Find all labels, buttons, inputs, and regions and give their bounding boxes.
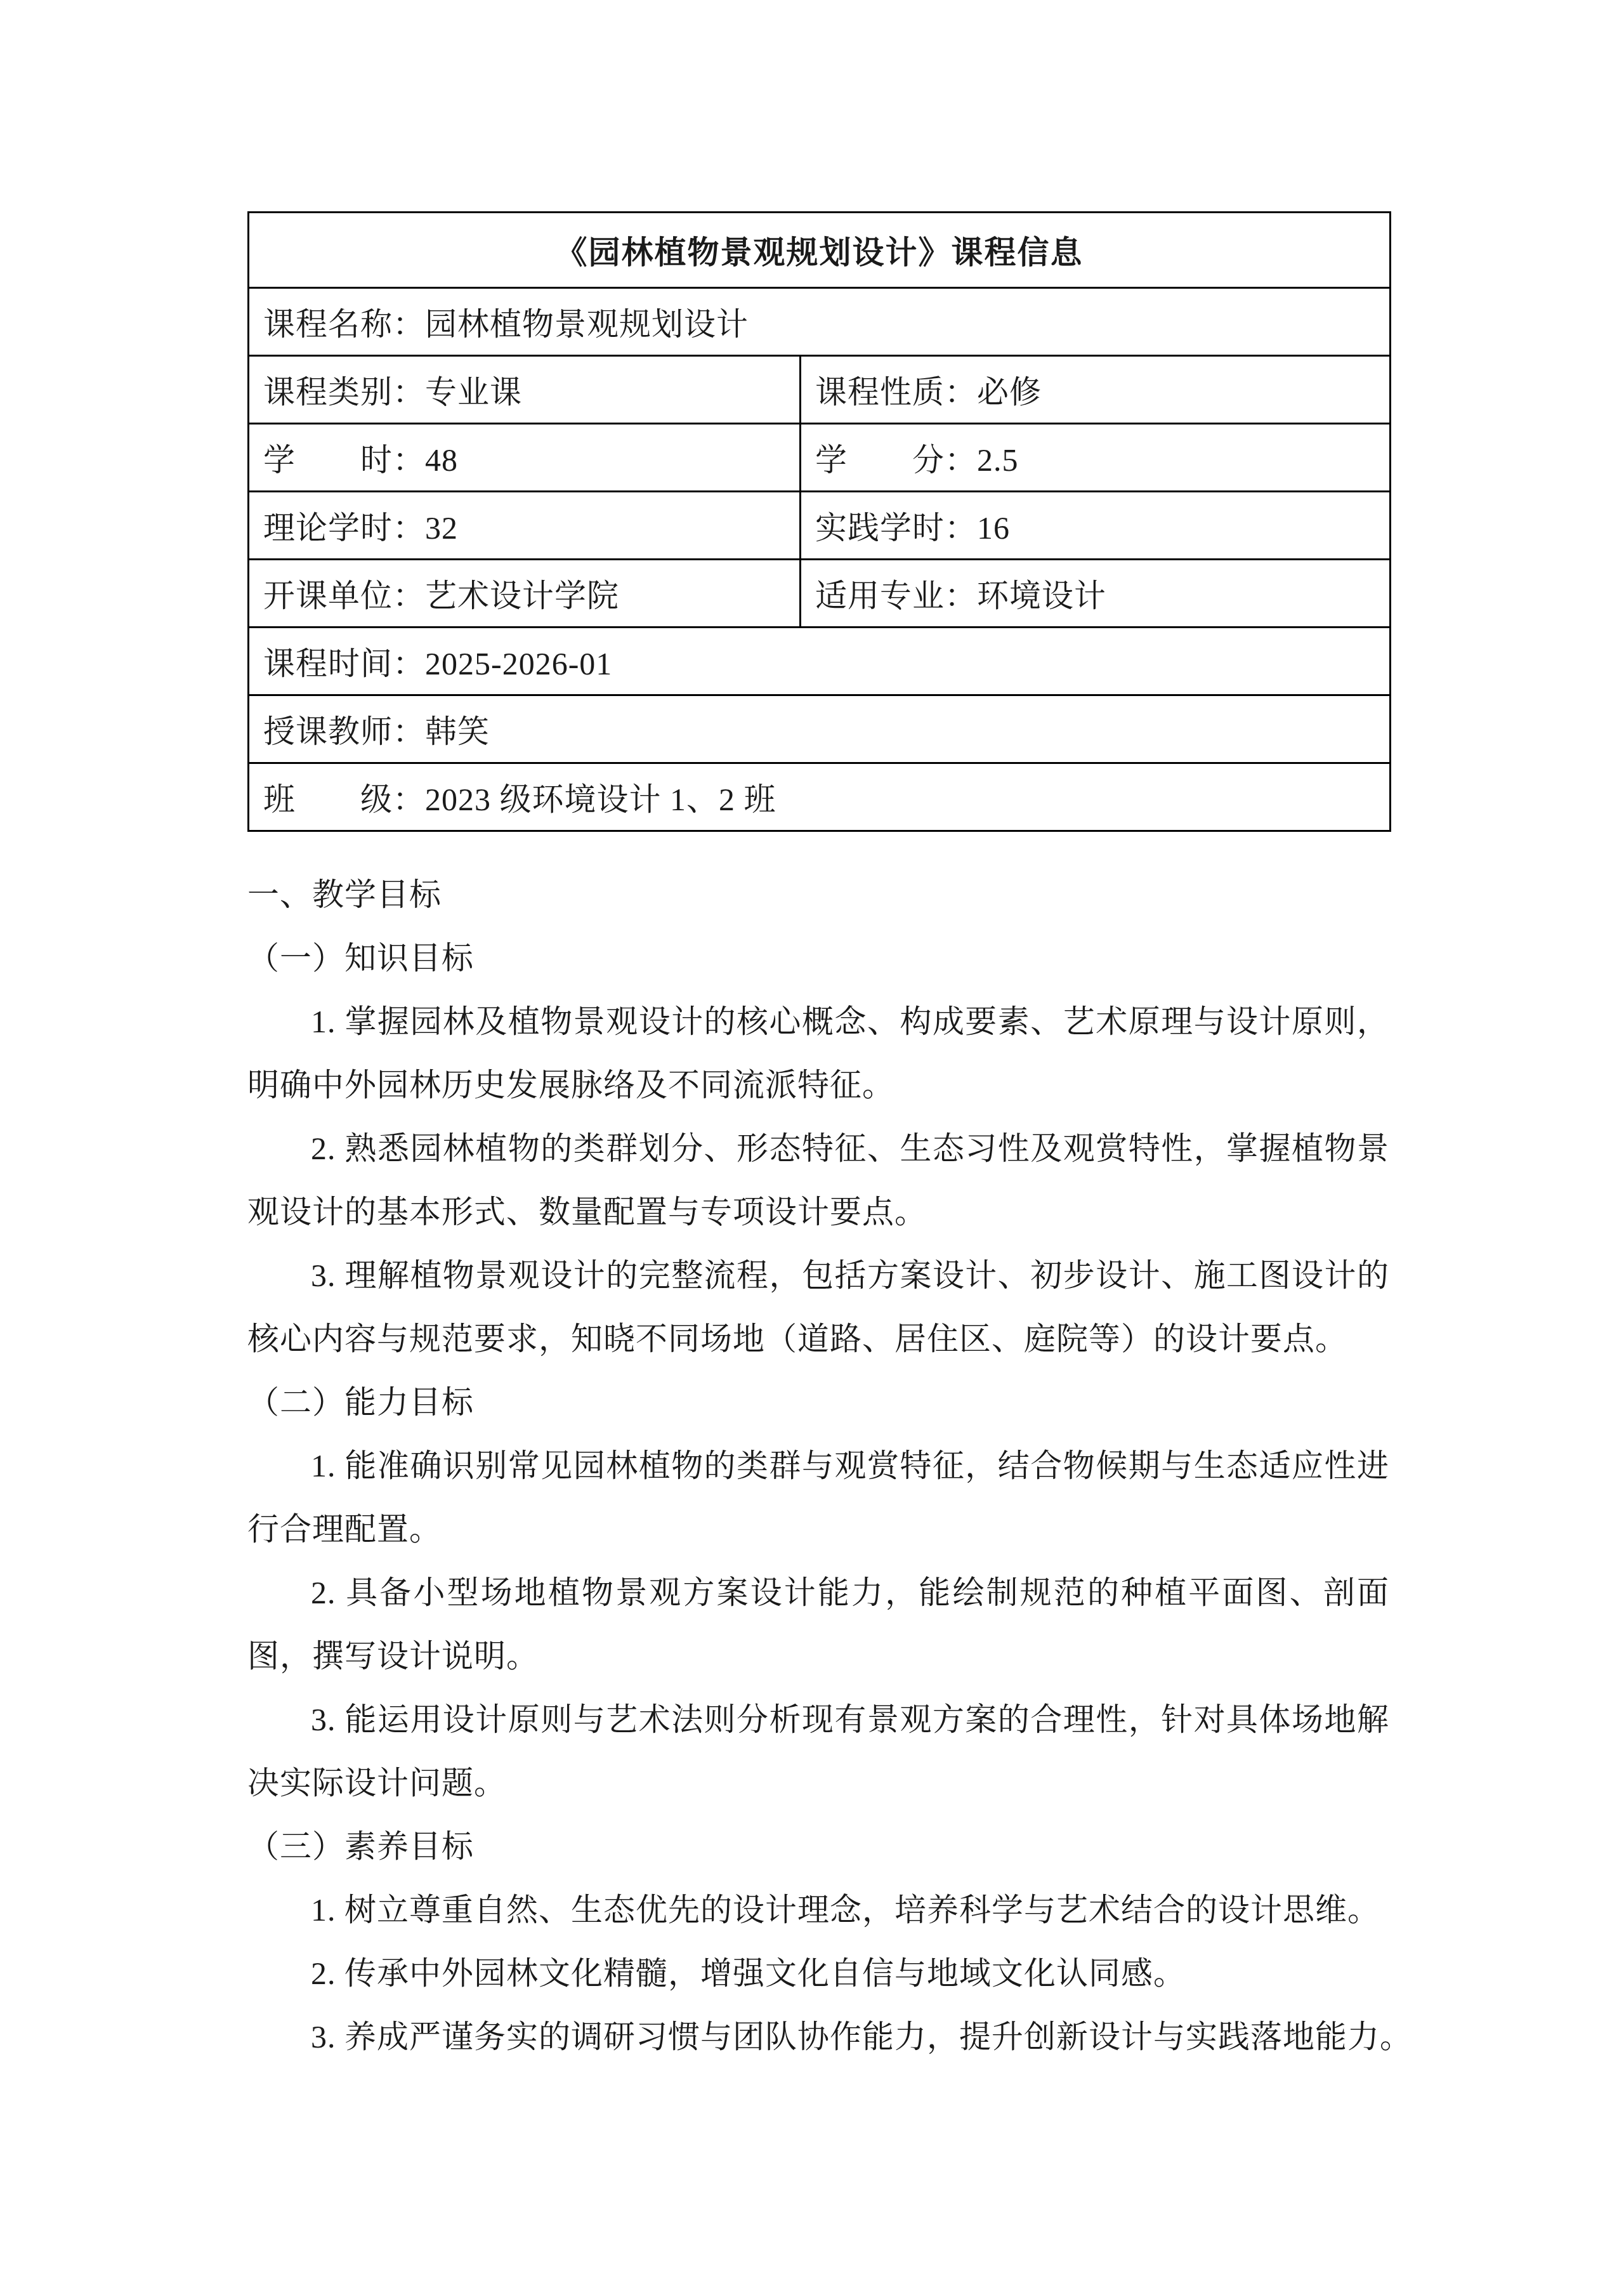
table-row: 课程时间：2025-2026-01	[249, 628, 1391, 695]
cell-course-nature: 课程性质：必修	[801, 356, 1391, 424]
cell-credits: 学 分：2.5	[801, 424, 1391, 492]
document-page: 《园林植物景观规划设计》课程信息 课程名称：园林植物景观规划设计 课程类别：专业…	[0, 0, 1624, 2295]
table-row: 理论学时：32 实践学时：16	[249, 492, 1391, 560]
para-ability-1: 1. 能准确识别常见园林植物的类群与观赏特征，结合物候期与生态适应性进行合理配置…	[247, 1434, 1389, 1561]
heading-teaching-objectives: 一、教学目标	[247, 863, 1389, 926]
table-title: 《园林植物景观规划设计》课程信息	[249, 213, 1391, 288]
document-body: 一、教学目标 （一）知识目标 1. 掌握园林及植物景观设计的核心概念、构成要素、…	[247, 863, 1389, 2068]
para-knowledge-1: 1. 掌握园林及植物景观设计的核心概念、构成要素、艺术原理与设计原则，明确中外园…	[247, 990, 1389, 1117]
cell-class: 班 级：2023 级环境设计 1、2 班	[249, 763, 1391, 831]
course-info-table: 《园林植物景观规划设计》课程信息 课程名称：园林植物景观规划设计 课程类别：专业…	[247, 211, 1391, 832]
para-ability-3: 3. 能运用设计原则与艺术法则分析现有景观方案的合理性，针对具体场地解决实际设计…	[247, 1688, 1389, 1815]
table-row: 课程类别：专业课 课程性质：必修	[249, 356, 1391, 424]
table-row: 班 级：2023 级环境设计 1、2 班	[249, 763, 1391, 831]
subheading-literacy-objectives: （三）素养目标	[247, 1815, 1389, 1878]
para-knowledge-3: 3. 理解植物景观设计的完整流程，包括方案设计、初步设计、施工图设计的核心内容与…	[247, 1244, 1389, 1371]
cell-course-category: 课程类别：专业课	[249, 356, 801, 424]
cell-course-name: 课程名称：园林植物景观规划设计	[249, 288, 1391, 356]
table-row: 《园林植物景观规划设计》课程信息	[249, 213, 1391, 288]
subheading-ability-objectives: （二）能力目标	[247, 1371, 1389, 1434]
para-literacy-3: 3. 养成严谨务实的调研习惯与团队协作能力，提升创新设计与实践落地能力。	[247, 2005, 1389, 2068]
cell-theory-hours: 理论学时：32	[249, 492, 801, 560]
para-literacy-1: 1. 树立尊重自然、生态优先的设计理念，培养科学与艺术结合的设计思维。	[247, 1878, 1389, 1942]
subheading-knowledge-objectives: （一）知识目标	[247, 926, 1389, 990]
table-row: 课程名称：园林植物景观规划设计	[249, 288, 1391, 356]
table-row: 学 时：48 学 分：2.5	[249, 424, 1391, 492]
para-literacy-2: 2. 传承中外园林文化精髓，增强文化自信与地域文化认同感。	[247, 1942, 1389, 2005]
cell-applicable-major: 适用专业：环境设计	[801, 560, 1391, 628]
cell-instructor: 授课教师：韩笑	[249, 695, 1391, 763]
para-knowledge-2: 2. 熟悉园林植物的类群划分、形态特征、生态习性及观赏特性，掌握植物景观设计的基…	[247, 1117, 1389, 1244]
cell-course-time: 课程时间：2025-2026-01	[249, 628, 1391, 695]
cell-total-hours: 学 时：48	[249, 424, 801, 492]
table-row: 开课单位：艺术设计学院 适用专业：环境设计	[249, 560, 1391, 628]
para-ability-2: 2. 具备小型场地植物景观方案设计能力，能绘制规范的种植平面图、剖面图，撰写设计…	[247, 1561, 1389, 1688]
cell-offering-unit: 开课单位：艺术设计学院	[249, 560, 801, 628]
table-row: 授课教师：韩笑	[249, 695, 1391, 763]
cell-practice-hours: 实践学时：16	[801, 492, 1391, 560]
